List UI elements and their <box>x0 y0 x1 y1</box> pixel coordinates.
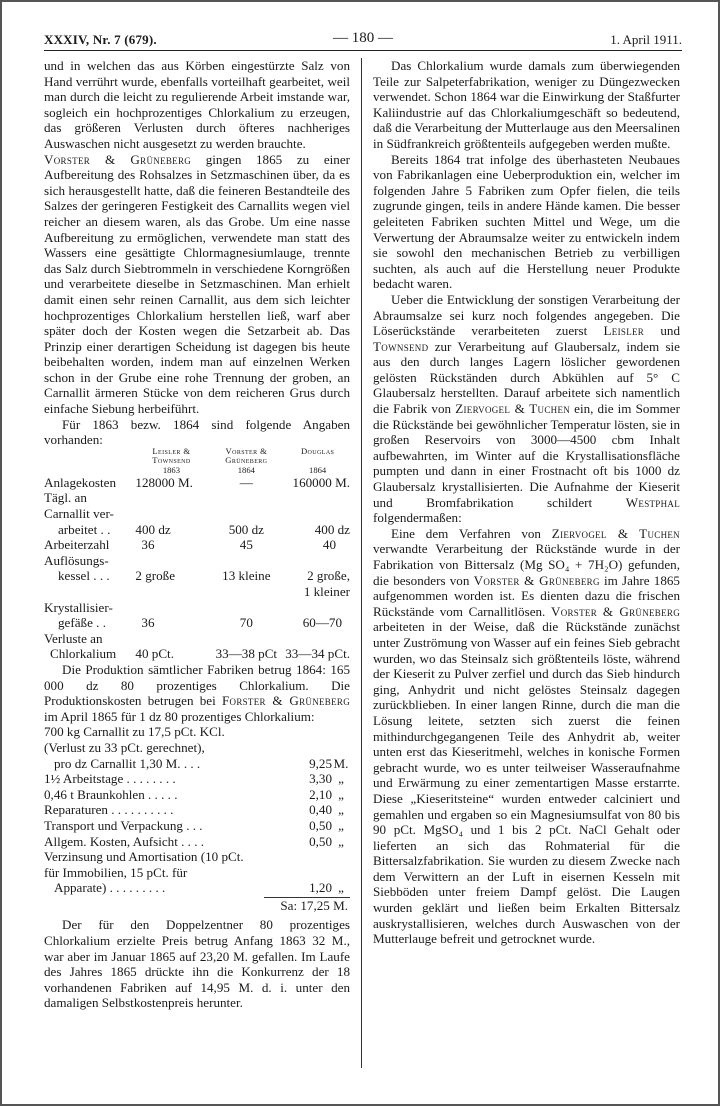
table-row-continuation: 1 kleiner <box>44 584 350 600</box>
person-name: Townsend <box>373 339 428 354</box>
company-name: Ziervogel & Tuchen <box>552 526 680 541</box>
page-number: — 180 — <box>44 30 682 47</box>
cost-item: Allgem. Kosten, Aufsicht . . . .0,50„ <box>44 834 350 850</box>
left-column: und in welchen das aus Körben eingestürz… <box>44 58 350 1011</box>
cost-list: 700 kg Carnallit zu 17,5 pCt. KCl. (Verl… <box>44 724 350 913</box>
column-year: 1864 <box>285 466 350 475</box>
column-header: Leisler & <box>152 446 190 456</box>
paragraph: Bereits 1864 trat infolge des überhastet… <box>373 152 680 292</box>
paragraph: Das Chlorkalium wurde damals zum überwie… <box>373 58 680 152</box>
cost-item: 1½ Arbeitstage . . . . . . . .3,30„ <box>44 771 350 787</box>
paragraph: und in welchen das aus Körben eingestürz… <box>44 58 350 152</box>
table-row: Tägl. an Carnallit ver-arbeitet . . 400 … <box>44 490 350 537</box>
column-year: 1863 <box>135 466 207 475</box>
company-name: Vorster & Grüneberg <box>551 604 680 619</box>
right-column: Das Chlorkalium wurde damals zum überwie… <box>373 58 680 947</box>
paragraph: Der für den Doppelzentner 80 prozentiges… <box>44 917 350 1011</box>
table-row: Verluste anChlorkalium 40 pCt. 33—38 pCt… <box>44 631 350 662</box>
table-year-row: 1863 1864 1864 <box>44 466 350 475</box>
column-divider <box>361 58 362 1068</box>
issue-date: 1. April 1911. <box>610 32 682 48</box>
company-name: Vorster & Grüneberg <box>44 152 191 167</box>
factory-comparison-table: Leisler &Townsend Vorster &Grüneberg Dou… <box>44 447 350 662</box>
company-name: Forster & Grüneberg <box>222 693 350 708</box>
table-row: Arbeiterzahl 36 45 40 <box>44 537 350 553</box>
paragraph: Eine dem Verfahren von Ziervogel & Tuche… <box>373 526 680 947</box>
cost-item: 0,46 t Braunkohlen . . . . .2,10„ <box>44 787 350 803</box>
paragraph: Für 1863 bezw. 1864 sind folgende Angabe… <box>44 417 350 448</box>
cost-total: Sa: 17,25 M. <box>44 898 350 914</box>
table-row: Krystallisier-gefäße . . 36 70 60—70 <box>44 600 350 631</box>
person-name: Westphal <box>626 495 680 510</box>
page-header: XXXIV, Nr. 7 (679). — 180 — 1. April 191… <box>44 30 682 51</box>
cost-item: Reparaturen . . . . . . . . . .0,40„ <box>44 802 350 818</box>
paragraph: Ueber die Entwicklung der sonstigen Vera… <box>373 292 680 526</box>
cost-item: 700 kg Carnallit zu 17,5 pCt. KCl. (Verl… <box>44 724 350 771</box>
column-year: 1864 <box>207 466 285 475</box>
company-name: Ziervogel & Tuchen <box>455 401 570 416</box>
paragraph: Die Produktion sämtlicher Fabriken betru… <box>44 662 350 724</box>
column-header: Douglas <box>301 446 334 456</box>
cost-item: Transport und Verpackung . . .0,50„ <box>44 818 350 834</box>
table-row: Anlagekosten 128000 M. — 160000 M. <box>44 475 350 491</box>
table-row: Auflösungs-kessel . . . 2 große 13 klein… <box>44 553 350 584</box>
company-name: Vorster & Grüneberg <box>474 573 600 588</box>
cost-item: Verzinsung und Amortisation (10 pCt. für… <box>44 849 350 896</box>
person-name: Leisler <box>604 323 645 338</box>
paragraph: Vorster & Grüneberg gingen 1865 zu einer… <box>44 152 350 417</box>
table-header-row: Leisler &Townsend Vorster &Grüneberg Dou… <box>44 447 350 466</box>
column-header: Vorster & <box>226 446 268 456</box>
